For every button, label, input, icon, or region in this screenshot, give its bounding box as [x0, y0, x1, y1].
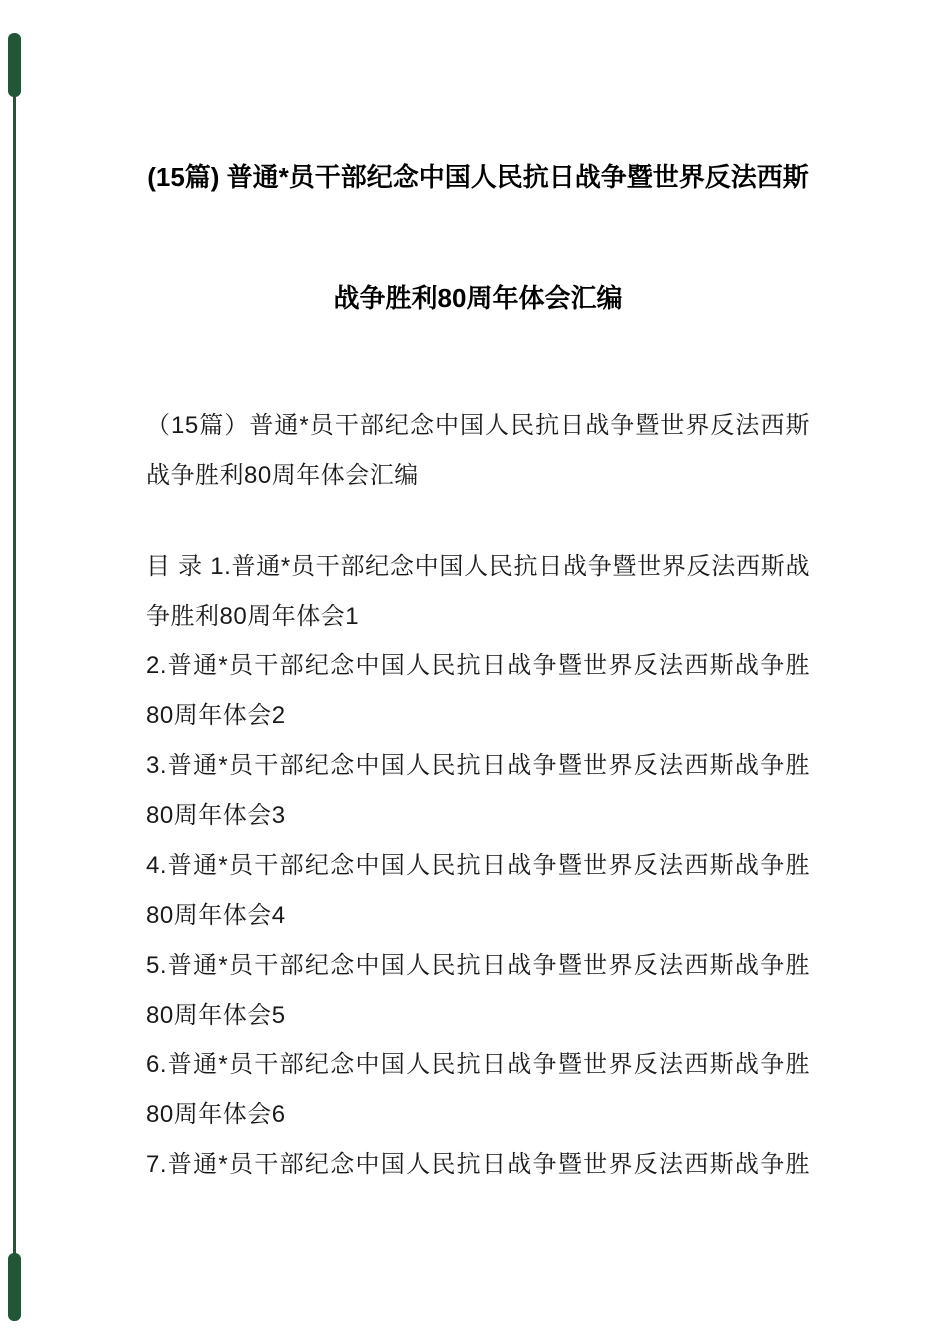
intro-line-2: 战争胜利80周年体会汇编	[146, 451, 810, 501]
toc-line: 3.普通*员干部纪念中国人民抗日战争暨世界反法西斯战争胜利	[146, 741, 810, 791]
toc-section: 目 录 1.普通*员干部纪念中国人民抗日战争暨世界反法西斯战 争胜利80周年体会…	[146, 542, 810, 1190]
toc-line: 2.普通*员干部纪念中国人民抗日战争暨世界反法西斯战争胜利	[146, 641, 810, 691]
heading-line-2: 战争胜利80周年体会汇编	[146, 238, 810, 359]
toc-line: 80周年体会4	[146, 891, 810, 941]
toc-line: 4.普通*员干部纪念中国人民抗日战争暨世界反法西斯战争胜利	[146, 841, 810, 891]
toc-line: 目 录 1.普通*员干部纪念中国人民抗日战争暨世界反法西斯战	[146, 542, 810, 592]
toc-line: 80周年体会2	[146, 691, 810, 741]
page-edge-marker-top	[8, 33, 21, 97]
intro-line-1: （15篇）普通*员干部纪念中国人民抗日战争暨世界反法西斯	[146, 401, 810, 451]
intro-paragraph: （15篇）普通*员干部纪念中国人民抗日战争暨世界反法西斯 战争胜利80周年体会汇…	[146, 401, 810, 500]
page-edge-marker-line	[13, 60, 16, 1300]
document-heading: (15篇) 普通*员干部纪念中国人民抗日战争暨世界反法西斯 战争胜利80周年体会…	[146, 117, 810, 359]
toc-line: 80周年体会5	[146, 991, 810, 1041]
page-edge-marker-bottom	[8, 1253, 21, 1321]
toc-line: 5.普通*员干部纪念中国人民抗日战争暨世界反法西斯战争胜利	[146, 941, 810, 991]
toc-line: 6.普通*员干部纪念中国人民抗日战争暨世界反法西斯战争胜利	[146, 1040, 810, 1090]
toc-line: 80周年体会6	[146, 1090, 810, 1140]
toc-line: 争胜利80周年体会1	[146, 592, 810, 642]
heading-line-1: (15篇) 普通*员干部纪念中国人民抗日战争暨世界反法西斯	[146, 117, 810, 238]
document-page: (15篇) 普通*员干部纪念中国人民抗日战争暨世界反法西斯 战争胜利80周年体会…	[0, 0, 950, 1344]
toc-line: 7.普通*员干部纪念中国人民抗日战争暨世界反法西斯战争胜利	[146, 1140, 810, 1190]
toc-line: 80周年体会3	[146, 791, 810, 841]
